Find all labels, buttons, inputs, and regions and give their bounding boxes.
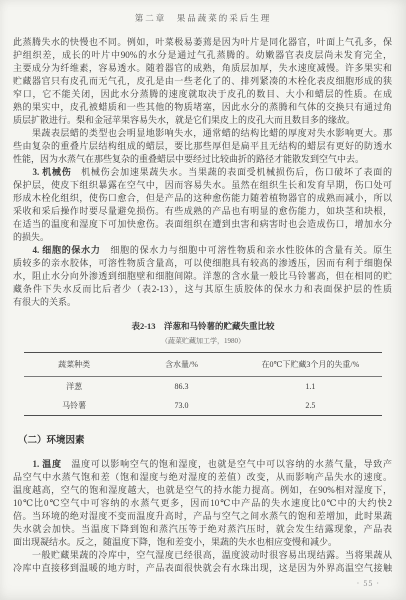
chapter-header: 第二章 果品蔬菜的采后生理 [0, 0, 406, 24]
table-cell: 86.3 [124, 377, 239, 397]
text-segment [13, 245, 32, 255]
paragraph: 4. 细胞的保水力 细胞的保水力与细胞中可溶性物质和亲水性胶体的含量有关。原生质… [13, 244, 392, 309]
text-segment: 温度越高，空气的饱和湿度越大，也就是空气的持水能力提高。例如，在90%相对湿度下… [13, 485, 392, 495]
paragraph: 一般贮藏果蔬的冷库中，空气湿度已经很高，温度波动时很容易出现结露。当将果蔬从冷库… [13, 549, 392, 575]
bold-run-in-label: 4. 细胞的保水力 [32, 245, 100, 255]
text-line: 3. 机械伤 机械伤会加速果蔬失水。当果蔬的表面受机械损伤后，伤口破坏了表面的 [13, 166, 392, 179]
text-flow-top: 此蒸腾失水的快慢也不同。例如，叶菜极易萎蔫是因为叶片是同化器官，叶面上气孔多，保… [13, 36, 392, 309]
table-cell: 马铃薯 [24, 396, 124, 416]
table-body: 洋葱86.31.1马铃薯73.02.5 [24, 377, 382, 416]
text-line: 些由复杂的重叠片层结构组成的蜡层，要比那些厚但是扁平且无结构的蜡层有更好的防透水 [13, 140, 392, 153]
text-segment: 失水就会加快。当温度下降到饱和蒸汽压等于绝对蒸汽压时，就会发生结露现象，产品表 [13, 524, 392, 534]
text-flow-bottom: 1. 温度 温度可以影响空气的饱和湿度，也就是空气中可以容纳的水蒸气量，导致产品… [13, 458, 392, 575]
text-line: 果蔬表层蜡的类型也会明显地影响失水，通常蜡的结构比蜡的厚度对失水影响更大。那 [13, 127, 392, 140]
text-segment: 10℃比0℃空气中可容纳的水蒸气更多，因而10℃中产品的失水速度比0℃中的大约快… [13, 498, 392, 508]
table-cell: 洋葱 [24, 377, 124, 397]
text-line: 1. 温度 温度可以影响空气的饱和湿度，也就是空气中可以容纳的水蒸气量，导致产 [13, 458, 392, 471]
table-header-cell: 蔬菜种类 [24, 353, 124, 377]
text-line: 护组织差，成长的叶片中90%的水分是通过气孔蒸腾的。幼嫩器官表皮层尚未发育完全， [13, 49, 392, 62]
text-segment: 细胞的保水力与细胞中可溶性物质和亲水性胶体的含量有关。原生 [101, 245, 392, 255]
text-segment: 机械伤会加速果蔬失水。当果蔬的表面受机械损伤后，伤口破坏了表面的 [71, 167, 392, 177]
text-line: 窄口，它不能关闭，因此水分蒸腾的速度就取决于皮孔的数目、大小和蜡层的性质。在成 [13, 88, 392, 101]
paragraph: 此蒸腾失水的快慢也不同。例如，叶菜极易萎蔫是因为叶片是同化器官，叶面上气孔多，保… [13, 36, 392, 127]
storage-loss-table: 蔬菜种类含水量/%在0℃下贮藏3个月的失重/% 洋葱86.31.1马铃薯73.0… [24, 352, 382, 416]
text-segment: 熟的果实中，皮孔被蜡质和一些其他的物质堵塞，因此水分的蒸腾和气体的交换只有通过角 [13, 102, 392, 112]
table-header-cell: 在0℃下贮藏3个月的失重/% [239, 353, 382, 377]
text-segment: 此蒸腾失水的快慢也不同。例如，叶菜极易萎蔫是因为叶片是同化器官，叶面上气孔多，保 [13, 37, 392, 47]
text-segment: 性能，因为水蒸气在那些复杂的重叠蜡层中要经过比较曲折的路径才能散发到空气中去。 [13, 154, 364, 164]
text-segment: 有很大的关系。 [13, 297, 76, 307]
bold-run-in-label: 3. 机械伤 [32, 167, 71, 177]
text-segment: 倍。当环境的绝对湿度不变而温度升高时，产品与空气之间水蒸气的饱和差增加，此时果蔬 [13, 511, 392, 521]
bold-run-in-label: 1. 温度 [32, 459, 61, 469]
text-segment: 采收和采后操作时要尽量避免损伤。有些成熟的产品也有明显的愈伤能力，如块茎和块根， [13, 206, 392, 216]
text-segment: 果蔬表层蜡的类型也会明显地影响失水，通常蜡的结构比蜡的厚度对失水影响更大。那 [13, 128, 392, 138]
table-row: 马铃薯73.02.5 [24, 396, 382, 416]
table-row: 洋葱86.31.1 [24, 377, 382, 397]
text-line: 采收和采后操作时要尽量避免损伤。有些成熟的产品也有明显的愈伤能力，如块茎和块根， [13, 205, 392, 218]
text-segment: 在适当的温度和湿度下可加快愈伤。表面组织在遭到虫害和病害时也会造成伤口，增加水分 [13, 219, 392, 229]
text-segment: 水，阻止水分向外渗透到细胞壁和细胞间隙。洋葱的含水量一般比马铃薯高，但在相同的贮 [13, 271, 392, 281]
text-line: 冷库中直接移到温暖的地方时，产品表面很快就会有水珠出现，这是因为外界高温空气接触 [13, 562, 392, 575]
text-line: 温度越高，空气的饱和湿度越大，也就是空气的持水能力提高。例如，在90%相对湿度下… [13, 484, 392, 497]
text-line: 10℃比0℃空气中可容纳的水蒸气更多，因而10℃中产品的失水速度比0℃中的大约快… [13, 497, 392, 510]
text-segment: 的损失。 [13, 232, 49, 242]
text-line: 形成木栓化组织，使伤口愈合，但是产品的这种愈伤能力随着植物器官的成熟而减小，所以 [13, 192, 392, 205]
text-segment [13, 167, 32, 177]
paragraph: 1. 温度 温度可以影响空气的饱和湿度，也就是空气中可以容纳的水蒸气量，导致产品… [13, 458, 392, 549]
text-segment: 窄口，它不能关闭，因此水分蒸腾的速度就取决于皮孔的数目、大小和蜡层的性质。在成 [13, 89, 392, 99]
table-header-row: 蔬菜种类含水量/%在0℃下贮藏3个月的失重/% [24, 353, 382, 377]
text-line: 4. 细胞的保水力 细胞的保水力与细胞中可溶性物质和亲水性胶体的含量有关。原生 [13, 244, 392, 257]
text-segment: 品空气中水蒸气饱和差（饱和湿度与绝对湿度的差值）改变，从而影响产品失水的速度。 [13, 472, 392, 482]
text-segment: 些由复杂的重叠片层结构组成的蜡层，要比那些厚但是扁平且无结构的蜡层有更好的防透水 [13, 141, 392, 151]
table-cell: 2.5 [239, 396, 382, 416]
paragraph: 果蔬表层蜡的类型也会明显地影响失水，通常蜡的结构比蜡的厚度对失水影响更大。那些由… [13, 127, 392, 166]
book-page: 第二章 果品蔬菜的采后生理 此蒸腾失水的快慢也不同。例如，叶菜极易萎蔫是因为叶片… [0, 0, 406, 600]
text-segment: 藏条件下失水反而比后者少（表2-13），这与其原生质胶体的保水力和表面保护层的性… [13, 284, 392, 294]
text-segment: 冷库中直接移到温暖的地方时，产品表面很快就会有水珠出现，这是因为外界高温空气接触 [13, 563, 392, 573]
text-segment: 面出现凝结水。反之，随温度下降，饱和差变小，果蔬的失水也相应变慢和减少。 [13, 537, 337, 547]
table-header-cell: 含水量/% [124, 353, 239, 377]
table-source: （蔬菜贮藏加工学，1980） [0, 336, 406, 346]
text-line: 保护层，使皮下组织暴露在空气中，因而容易失水。虽然在组织生长和发育早期，伤口处可 [13, 179, 392, 192]
text-line: 一般贮藏果蔬的冷库中，空气湿度已经很高，温度波动时很容易出现结露。当将果蔬从 [13, 549, 392, 562]
text-line: 性能，因为水蒸气在那些复杂的重叠蜡层中要经过比较曲折的路径才能散发到空气中去。 [13, 153, 392, 166]
text-segment: 质较多的亲水胶体，可溶性物质含量高，可以使细胞具有较高的渗透压，因而有利于细胞保 [13, 258, 392, 268]
table-title: 表2-13 洋葱和马铃薯的贮藏失重比较 [0, 320, 406, 332]
text-line: 主要成分为纤维素，容易透水。随着器官的成熟，角质层加厚，失水速度减慢。许多果实和 [13, 62, 392, 75]
text-line: 此蒸腾失水的快慢也不同。例如，叶菜极易萎蔫是因为叶片是同化器官，叶面上气孔多，保 [13, 36, 392, 49]
text-line: 藏条件下失水反而比后者少（表2-13），这与其原生质胶体的保水力和表面保护层的性… [13, 283, 392, 296]
text-line: 质较多的亲水胶体，可溶性物质含量高，可以使细胞具有较高的渗透压，因而有利于细胞保 [13, 257, 392, 270]
text-line: 品空气中水蒸气饱和差（饱和湿度与绝对湿度的差值）改变，从而影响产品失水的速度。 [13, 471, 392, 484]
table-cell: 73.0 [124, 396, 239, 416]
text-line: 熟的果实中，皮孔被蜡质和一些其他的物质堵塞，因此水分的蒸腾和气体的交换只有通过角 [13, 101, 392, 114]
paragraph: 3. 机械伤 机械伤会加速果蔬失水。当果蔬的表面受机械损伤后，伤口破坏了表面的保… [13, 166, 392, 244]
text-line: 在适当的温度和湿度下可加快愈伤。表面组织在遭到虫害和病害时也会造成伤口，增加水分 [13, 218, 392, 231]
text-segment [13, 459, 32, 469]
section-heading: （二）环境因素 [18, 432, 392, 446]
text-line: 失水就会加快。当温度下降到饱和蒸汽压等于绝对蒸汽压时，就会发生结露现象，产品表 [13, 523, 392, 536]
text-line: 倍。当环境的绝对湿度不变而温度升高时，产品与空气之间水蒸气的饱和差增加，此时果蔬 [13, 510, 392, 523]
text-line: 的损失。 [13, 231, 392, 244]
text-segment: 主要成分为纤维素，容易透水。随着器官的成熟，角质层加厚，失水速度减慢。许多果实和 [13, 63, 392, 73]
text-segment: 质层扩散进行。梨和金冠苹果容易失水，就是它们果皮上的皮孔大而且数目多的缘故。 [13, 115, 355, 125]
text-line: 质层扩散进行。梨和金冠苹果容易失水，就是它们果皮上的皮孔大而且数目多的缘故。 [13, 114, 392, 127]
text-line: 有很大的关系。 [13, 296, 392, 309]
table-cell: 1.1 [239, 377, 382, 397]
text-segment: 贮藏器官只有皮孔而无气孔，皮孔是由一些老化了的、排列紧凑的木栓化表皮细胞形成的狭 [13, 76, 392, 86]
text-line: 水，阻止水分向外渗透到细胞壁和细胞间隙。洋葱的含水量一般比马铃薯高，但在相同的贮 [13, 270, 392, 283]
text-segment: 保护层，使皮下组织暴露在空气中，因而容易失水。虽然在组织生长和发育早期，伤口处可 [13, 180, 392, 190]
text-segment: 温度可以影响空气的饱和湿度，也就是空气中可以容纳的水蒸气量，导致产 [62, 459, 392, 469]
text-segment: 形成木栓化组织，使伤口愈合，但是产品的这种愈伤能力随着植物器官的成熟而减小，所以 [13, 193, 392, 203]
text-line: 面出现凝结水。反之，随温度下降，饱和差变小，果蔬的失水也相应变慢和减少。 [13, 536, 392, 549]
text-segment: 护组织差，成长的叶片中90%的水分是通过气孔蒸腾的。幼嫩器官表皮层尚未发育完全， [13, 50, 392, 60]
text-line: 贮藏器官只有皮孔而无气孔，皮孔是由一些老化了的、排列紧凑的木栓化表皮细胞形成的狭 [13, 75, 392, 88]
text-segment: 一般贮藏果蔬的冷库中，空气湿度已经很高，温度波动时很容易出现结露。当将果蔬从 [13, 550, 392, 560]
page-number: · 55 · [357, 579, 380, 588]
